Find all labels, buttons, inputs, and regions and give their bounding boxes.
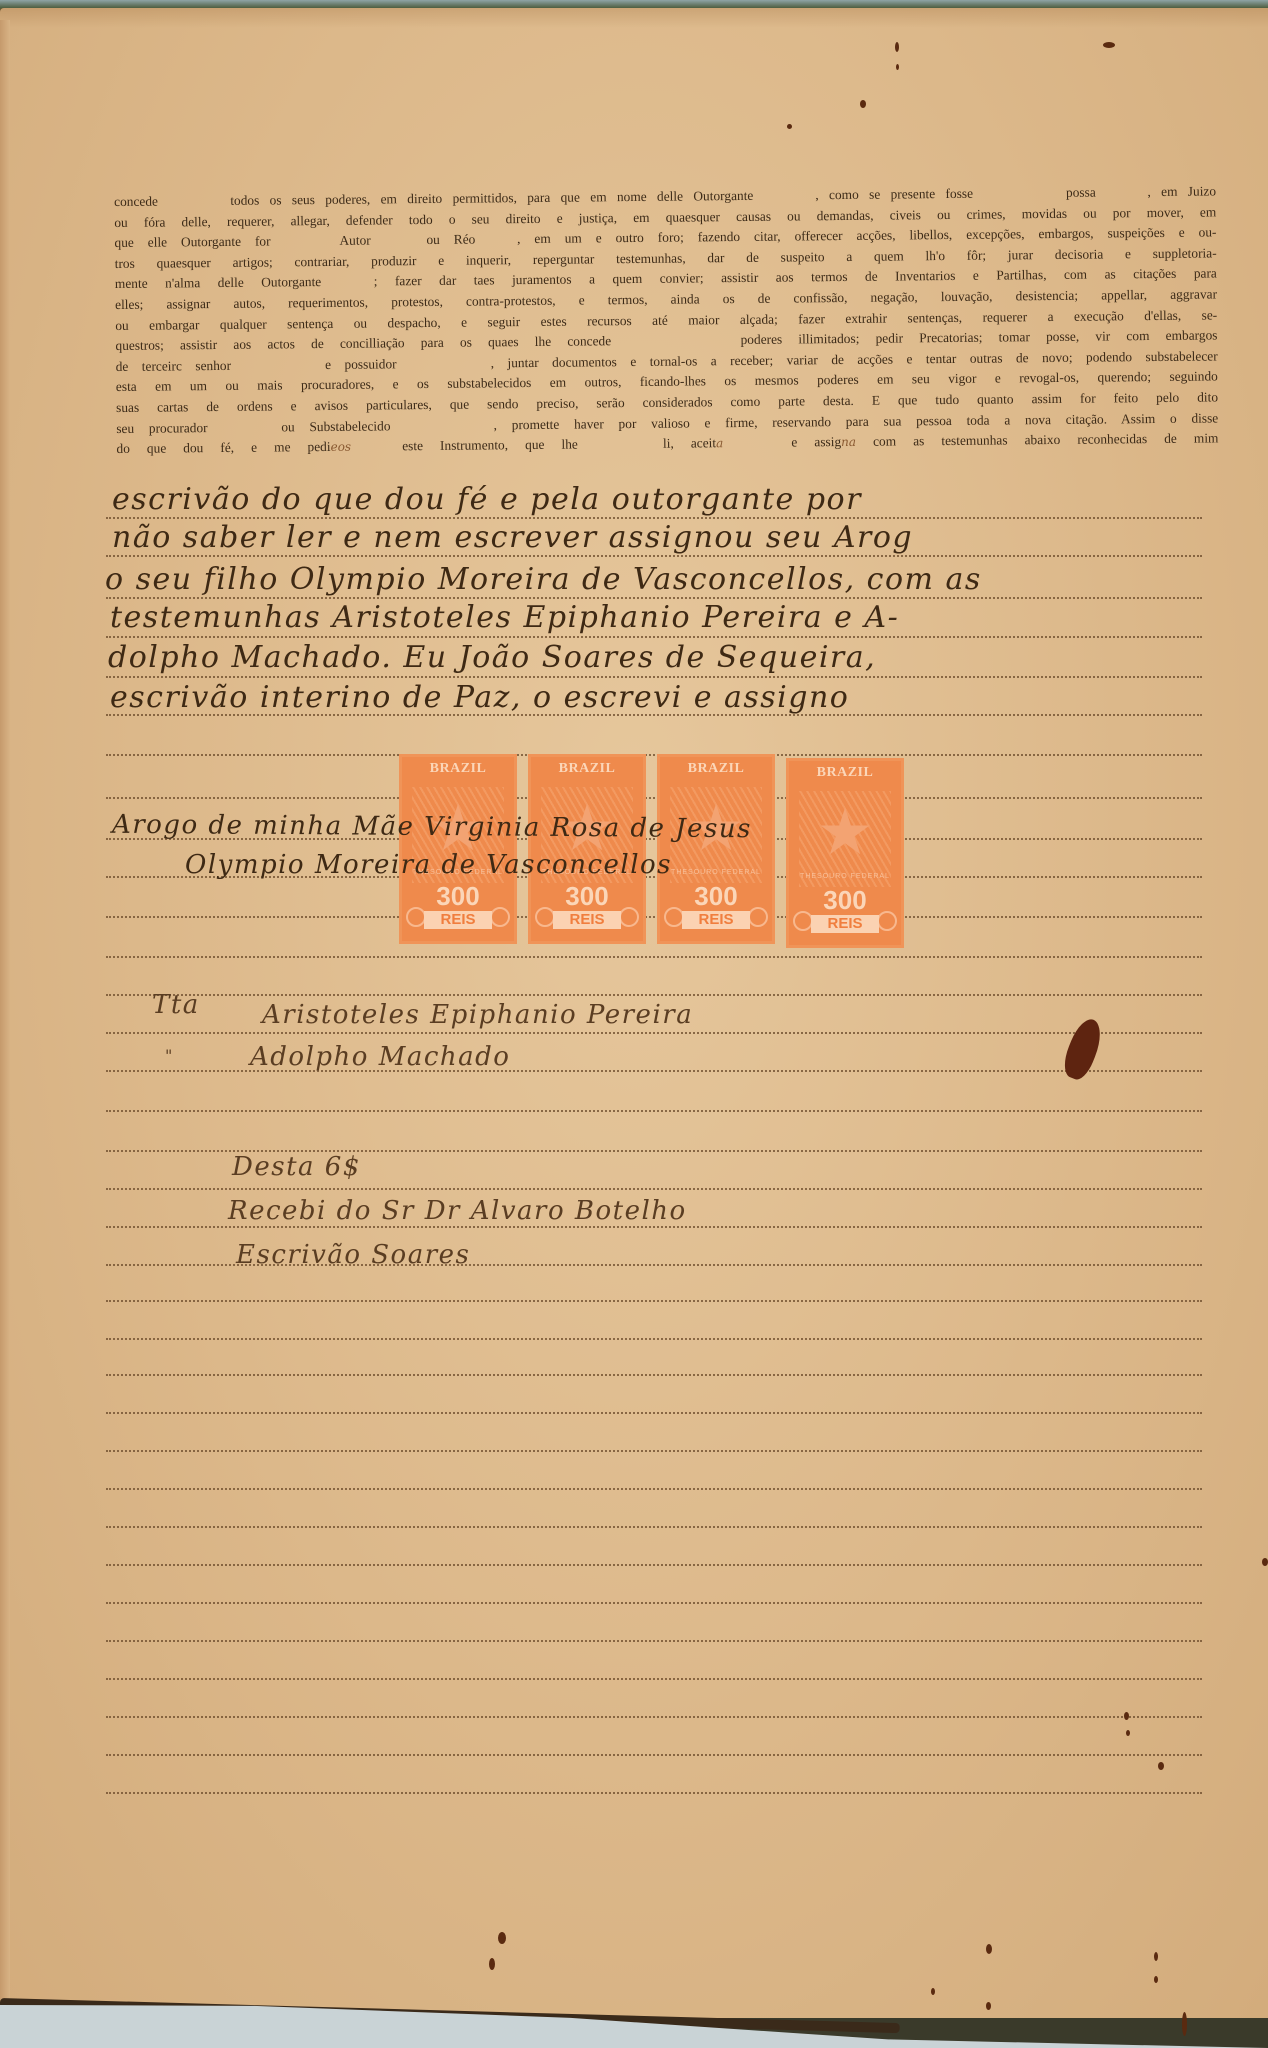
ink-spot [860,100,866,108]
ink-spot [1154,1952,1158,1961]
form-text: , como se presente fosse [815,186,973,203]
ink-spot [489,1958,495,1970]
handwritten-fill: a [716,436,723,450]
form-text: ou Substabelecido [281,418,390,434]
form-text: Autor [339,233,370,248]
rosette-icon [664,907,684,927]
signature-line-2: Olympio Moreira de Vasconcellos [185,850,672,880]
witness-2-signature: Adolpho Machado [250,1042,510,1072]
stamp-unit: REIS [424,911,492,929]
ink-spot [895,42,899,52]
witness-ditto-mark: " [165,1046,174,1065]
form-text: e possuidor [325,356,397,372]
form-text: e assig [791,434,841,449]
ink-spot [1154,1976,1158,1983]
form-text: com as testemunhas abaixo reconhecidas d… [873,431,1219,449]
ruled-line [106,1526,1202,1528]
form-text: possa [1066,185,1096,200]
ruled-line [106,1374,1202,1376]
ink-spot [1158,1762,1164,1770]
ink-spot [931,1988,935,1995]
rosette-icon [406,907,426,927]
ruled-line [106,1110,1202,1112]
ruled-line [106,1602,1202,1604]
signature-line-1: Arogo de minha Mãe Virginia Rosa de Jesu… [112,810,752,844]
receipt-line-1: Desta 6$ [232,1152,361,1182]
ink-spot [1262,1558,1268,1566]
stamp-unit: REIS [682,911,750,929]
handwritten-line-5: dolpho Machado. Eu João Soares de Sequei… [108,640,876,675]
stamp-unit: REIS [553,911,621,929]
ink-spot [1103,42,1115,48]
ruled-line [106,1792,1202,1794]
handwritten-line-2: não saber ler e nem escrever assignou se… [112,520,913,555]
witness-1-signature: Aristoteles Epiphanio Pereira [262,1000,693,1030]
handwritten-line-4: testemunhas Aristoteles Epiphanio Pereir… [110,600,899,635]
rosette-icon [877,911,897,931]
ink-spot [787,124,792,129]
stamp-country: BRAZIL [660,761,772,777]
handwritten-line-1: escrivão do que dou fé e pela outorgante… [112,482,862,517]
ink-spot [1124,1712,1129,1720]
witness-prefix: Tta [152,990,200,1020]
handwritten-fill: eos [331,440,352,454]
form-text: de terceirc senhor [116,358,231,374]
ruled-line [106,994,1202,996]
form-text: mente n'alma delle Outorgante [115,274,321,291]
ink-spot [498,1932,506,1944]
printed-form-text: concede todos os seus poderes, em direit… [114,181,1219,459]
ink-spot [896,64,899,70]
handwritten-line-3: o seu filho Olympio Moreira de Vasconcel… [105,562,982,597]
ruled-line [106,555,1202,557]
ink-spot [986,2002,991,2010]
ruled-line [106,1300,1202,1302]
revenue-stamp: BRAZIL ★ THESOURO FEDERAL 300 REIS [789,761,901,945]
rosette-icon [490,907,510,927]
ruled-line [106,597,1202,599]
form-text: este Instrumento, que lhe [402,437,578,454]
form-text: poderes illimitados; pedir Precatorias; … [740,328,1217,348]
form-text: seu procurador [116,420,207,436]
ruled-line [106,517,1202,519]
stamp-unit: REIS [811,915,879,933]
rosette-icon [535,907,555,927]
ruled-line [106,676,1202,678]
page-left-binding [0,20,10,2010]
ruled-line [106,636,1202,638]
receipt-line-2: Recebi do Sr Dr Alvaro Botelho [228,1196,687,1226]
form-text: , em um e outro foro; fazendo citar, off… [517,225,1217,247]
revenue-stamp: BRAZIL ★ THESOURO FEDERAL 300 REIS [402,757,514,941]
stamp-country: BRAZIL [531,761,643,777]
ruled-line [106,1754,1202,1756]
form-text: , em Juizo [1147,183,1216,199]
ruled-line [106,754,1202,756]
ruled-line [106,1032,1202,1034]
form-word: concede [114,194,158,209]
ruled-line [106,1412,1202,1414]
receipt-line-3: Escrivão Soares [236,1240,470,1270]
stamp-country: BRAZIL [402,761,514,777]
ruled-line [106,1640,1202,1642]
form-text: questros; assistir aos actos de concilli… [115,333,611,353]
ruled-line [106,1188,1202,1190]
revenue-stamp: BRAZIL ★ THESOURO FEDERAL 300 REIS [531,757,643,941]
ruled-line [106,1678,1202,1680]
page-fold-shadow [0,8,1268,28]
star-emblem-icon: ★ [789,801,901,865]
form-text: ou Réo [426,232,475,247]
ink-spot [1182,2012,1187,2036]
form-text: do que dou fé, e me pedi [116,439,330,456]
ruled-line [106,1564,1202,1566]
handwritten-line-6: escrivão interino de Paz, o escrevi e as… [110,680,849,715]
handwritten-fill: na [841,435,856,449]
ink-spot [986,1944,992,1954]
form-text: li, aceit [663,435,716,451]
revenue-stamp: BRAZIL ★ THESOURO FEDERAL 300 REIS [660,757,772,941]
ruled-line [106,1226,1202,1228]
stamp-country: BRAZIL [789,765,901,781]
form-text: que elle Outorgante for [114,234,270,250]
stamp-arc-text: THESOURO FEDERAL [789,873,901,880]
rosette-icon [748,907,768,927]
ruled-line [106,1716,1202,1718]
ruled-line [106,1450,1202,1452]
ink-spot [1126,1730,1130,1736]
ruled-line [106,1488,1202,1490]
rosette-icon [793,911,813,931]
ruled-line [106,1338,1202,1340]
stamp-arc-text: THESOURO FEDERAL [660,869,772,876]
form-text: todos os seus poderes, em direito permit… [230,188,753,208]
rosette-icon [619,907,639,927]
